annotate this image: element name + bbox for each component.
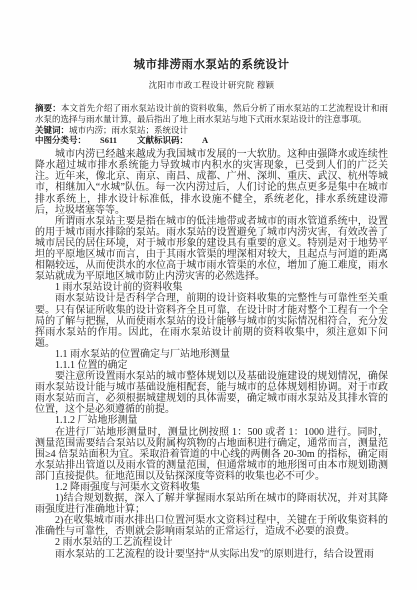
abstract: 摘要：本文首先介绍了雨水泵站设计前的资料收集，然后分析了雨水泵站的工艺流程设计和…: [35, 103, 388, 125]
clc-label: 中图分类号：: [35, 135, 86, 145]
section-heading: 1.1.2 厂站地形测量: [35, 415, 388, 426]
author-affiliation: 沈阳市市政工程设计研究院 穆颖: [35, 79, 388, 91]
keywords-label: 关键词：: [35, 125, 69, 135]
classification-line: 中图分类号：S611文献标识码：A: [35, 135, 388, 146]
abstract-text: 本文首先介绍了雨水泵站设计前的资料收集，然后分析了雨水泵站的工艺流程设计和雨水泵…: [35, 103, 388, 124]
abstract-label: 摘要：: [35, 103, 61, 113]
paragraph: 在进行厂站地形测量时，测量比例按照 1：500 或者 1：1000 进行。同时，…: [35, 427, 388, 482]
section-heading: 1.1 雨水泵站的位置确定与厂站地形测量: [35, 349, 388, 360]
clc-value: S611: [100, 135, 117, 145]
paper-page: 城市排涝雨水泵站的系统设计 沈阳市市政工程设计研究院 穆颖 摘要：本文首先介绍了…: [0, 0, 417, 590]
paragraph: 城市内涝已经越来越成为我国城市发展的一大软肋。这种由强降水或连续性降水超过城市排…: [35, 149, 388, 216]
list-item: 2)在收集城市雨水排出口位置河渠水文资料过程中，关键在于所收集资料的准确性与可靠…: [35, 515, 388, 537]
section-heading: 1.1.1 位置的确定: [35, 360, 388, 371]
keywords-line: 关键词：城市内涝；雨水泵站；系统设计: [35, 125, 388, 136]
section-heading: 1 雨水泵站设计前的资料收集: [35, 282, 388, 293]
paragraph: 雨水泵站的工艺流程的设计要坚持“从实际出发”的原则进行，结合设置雨: [35, 549, 388, 560]
doc-code-label: 文献标识码：: [137, 135, 188, 145]
paragraph: 雨水泵站设计是否科学合理，前期的设计资料收集的完整性与可靠性至关重要。只有保证所…: [35, 293, 388, 348]
section-heading: 2 雨水泵站的工艺流程设计: [35, 537, 388, 548]
paragraph: 要注意所设置雨水泵站的城市整体规划以及基础设施建设的规划情况，确保雨水泵站设计能…: [35, 371, 388, 415]
page-title: 城市排涝雨水泵站的系统设计: [35, 56, 388, 72]
list-item: 1)结合规划数据，深入了解并掌握雨水泵站所在城市的降雨状况，并对其降雨强度进行准…: [35, 493, 388, 515]
section-heading: 1.2 降雨强度与河渠水文资料收集: [35, 482, 388, 493]
paragraph: 所谓雨水泵站主要是指在城市的低洼地带或者城市的雨水管道系统中，设置的用于城市雨水…: [35, 216, 388, 283]
keywords-text: 城市内涝；雨水泵站；系统设计: [69, 125, 188, 135]
article-body: 城市内涝已经越来越成为我国城市发展的一大软肋。这种由强降水或连续性降水超过城市排…: [35, 149, 388, 559]
doc-code-value: A: [202, 135, 208, 145]
front-matter: 摘要：本文首先介绍了雨水泵站设计前的资料收集，然后分析了雨水泵站的工艺流程设计和…: [35, 103, 388, 146]
